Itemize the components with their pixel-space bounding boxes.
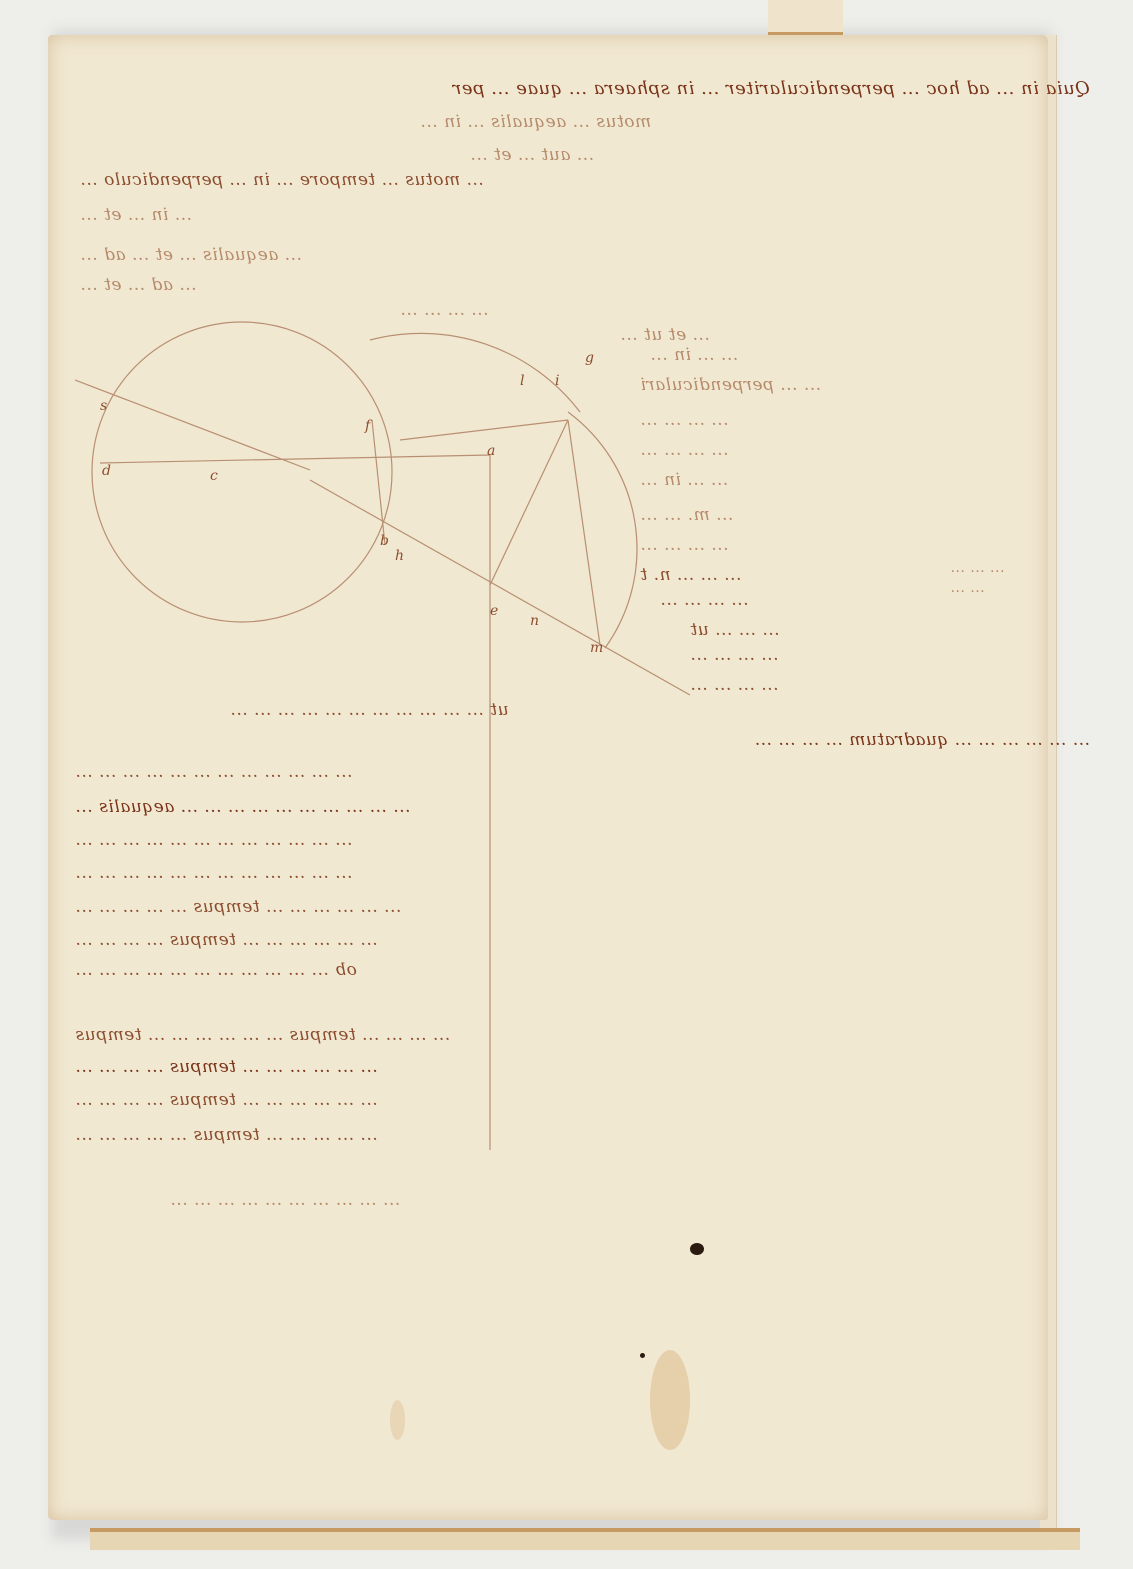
diagram-label: b [380, 533, 389, 549]
geometric-diagram: d c a b f h g e n m l i s [0, 0, 1133, 1569]
text-line: ob ... ... ... ... ... ... ... ... ... .… [75, 960, 357, 980]
diagram-label: e [490, 603, 498, 619]
diagram-label: d [102, 463, 111, 479]
diagram-label: i [555, 373, 559, 389]
diagram-label: c [210, 468, 218, 484]
text-line: ... ... ... ... ... ... tempus ... ... .… [75, 1057, 378, 1077]
diagram-label: h [395, 548, 404, 564]
text-line: ... ... ... ... ... ... quadratum ... ..… [75, 730, 1090, 750]
text-line: ... ... ... ... ... ... tempus ... ... .… [75, 897, 401, 917]
text-line: ut ... ... ... ... ... ... ... ... ... .… [230, 700, 509, 720]
text-line: ... ... ... ... ... ... ... ... ... ... … [75, 863, 352, 883]
text-line: ... ... ... ... tempus ... ... ... ... .… [75, 1025, 450, 1045]
diagram-label: g [585, 350, 594, 366]
text-line: ... ... ... ... ... ... ... ... ... ... … [75, 830, 352, 850]
diagram-label: n [530, 613, 539, 629]
diagram-label: l [520, 373, 524, 389]
text-line: ... ... ... ... ... ... ... ... ... ... … [75, 762, 352, 782]
diagram-label: a [487, 443, 495, 459]
text-line: ... ... ... ... ... ... tempus ... ... .… [75, 930, 378, 950]
text-line: ... ... ... ... ... ... tempus ... ... .… [75, 1090, 378, 1110]
text-line: ... ... ... ... ... tempus ... ... ... .… [75, 1125, 378, 1145]
diagram-label: m [590, 640, 603, 656]
diagram-label: s [100, 398, 107, 414]
text-line: ... ... ... ... ... ... ... ... ... ... [170, 1190, 400, 1210]
text-line: ... ... ... ... ... ... ... ... ... ... … [75, 797, 411, 817]
